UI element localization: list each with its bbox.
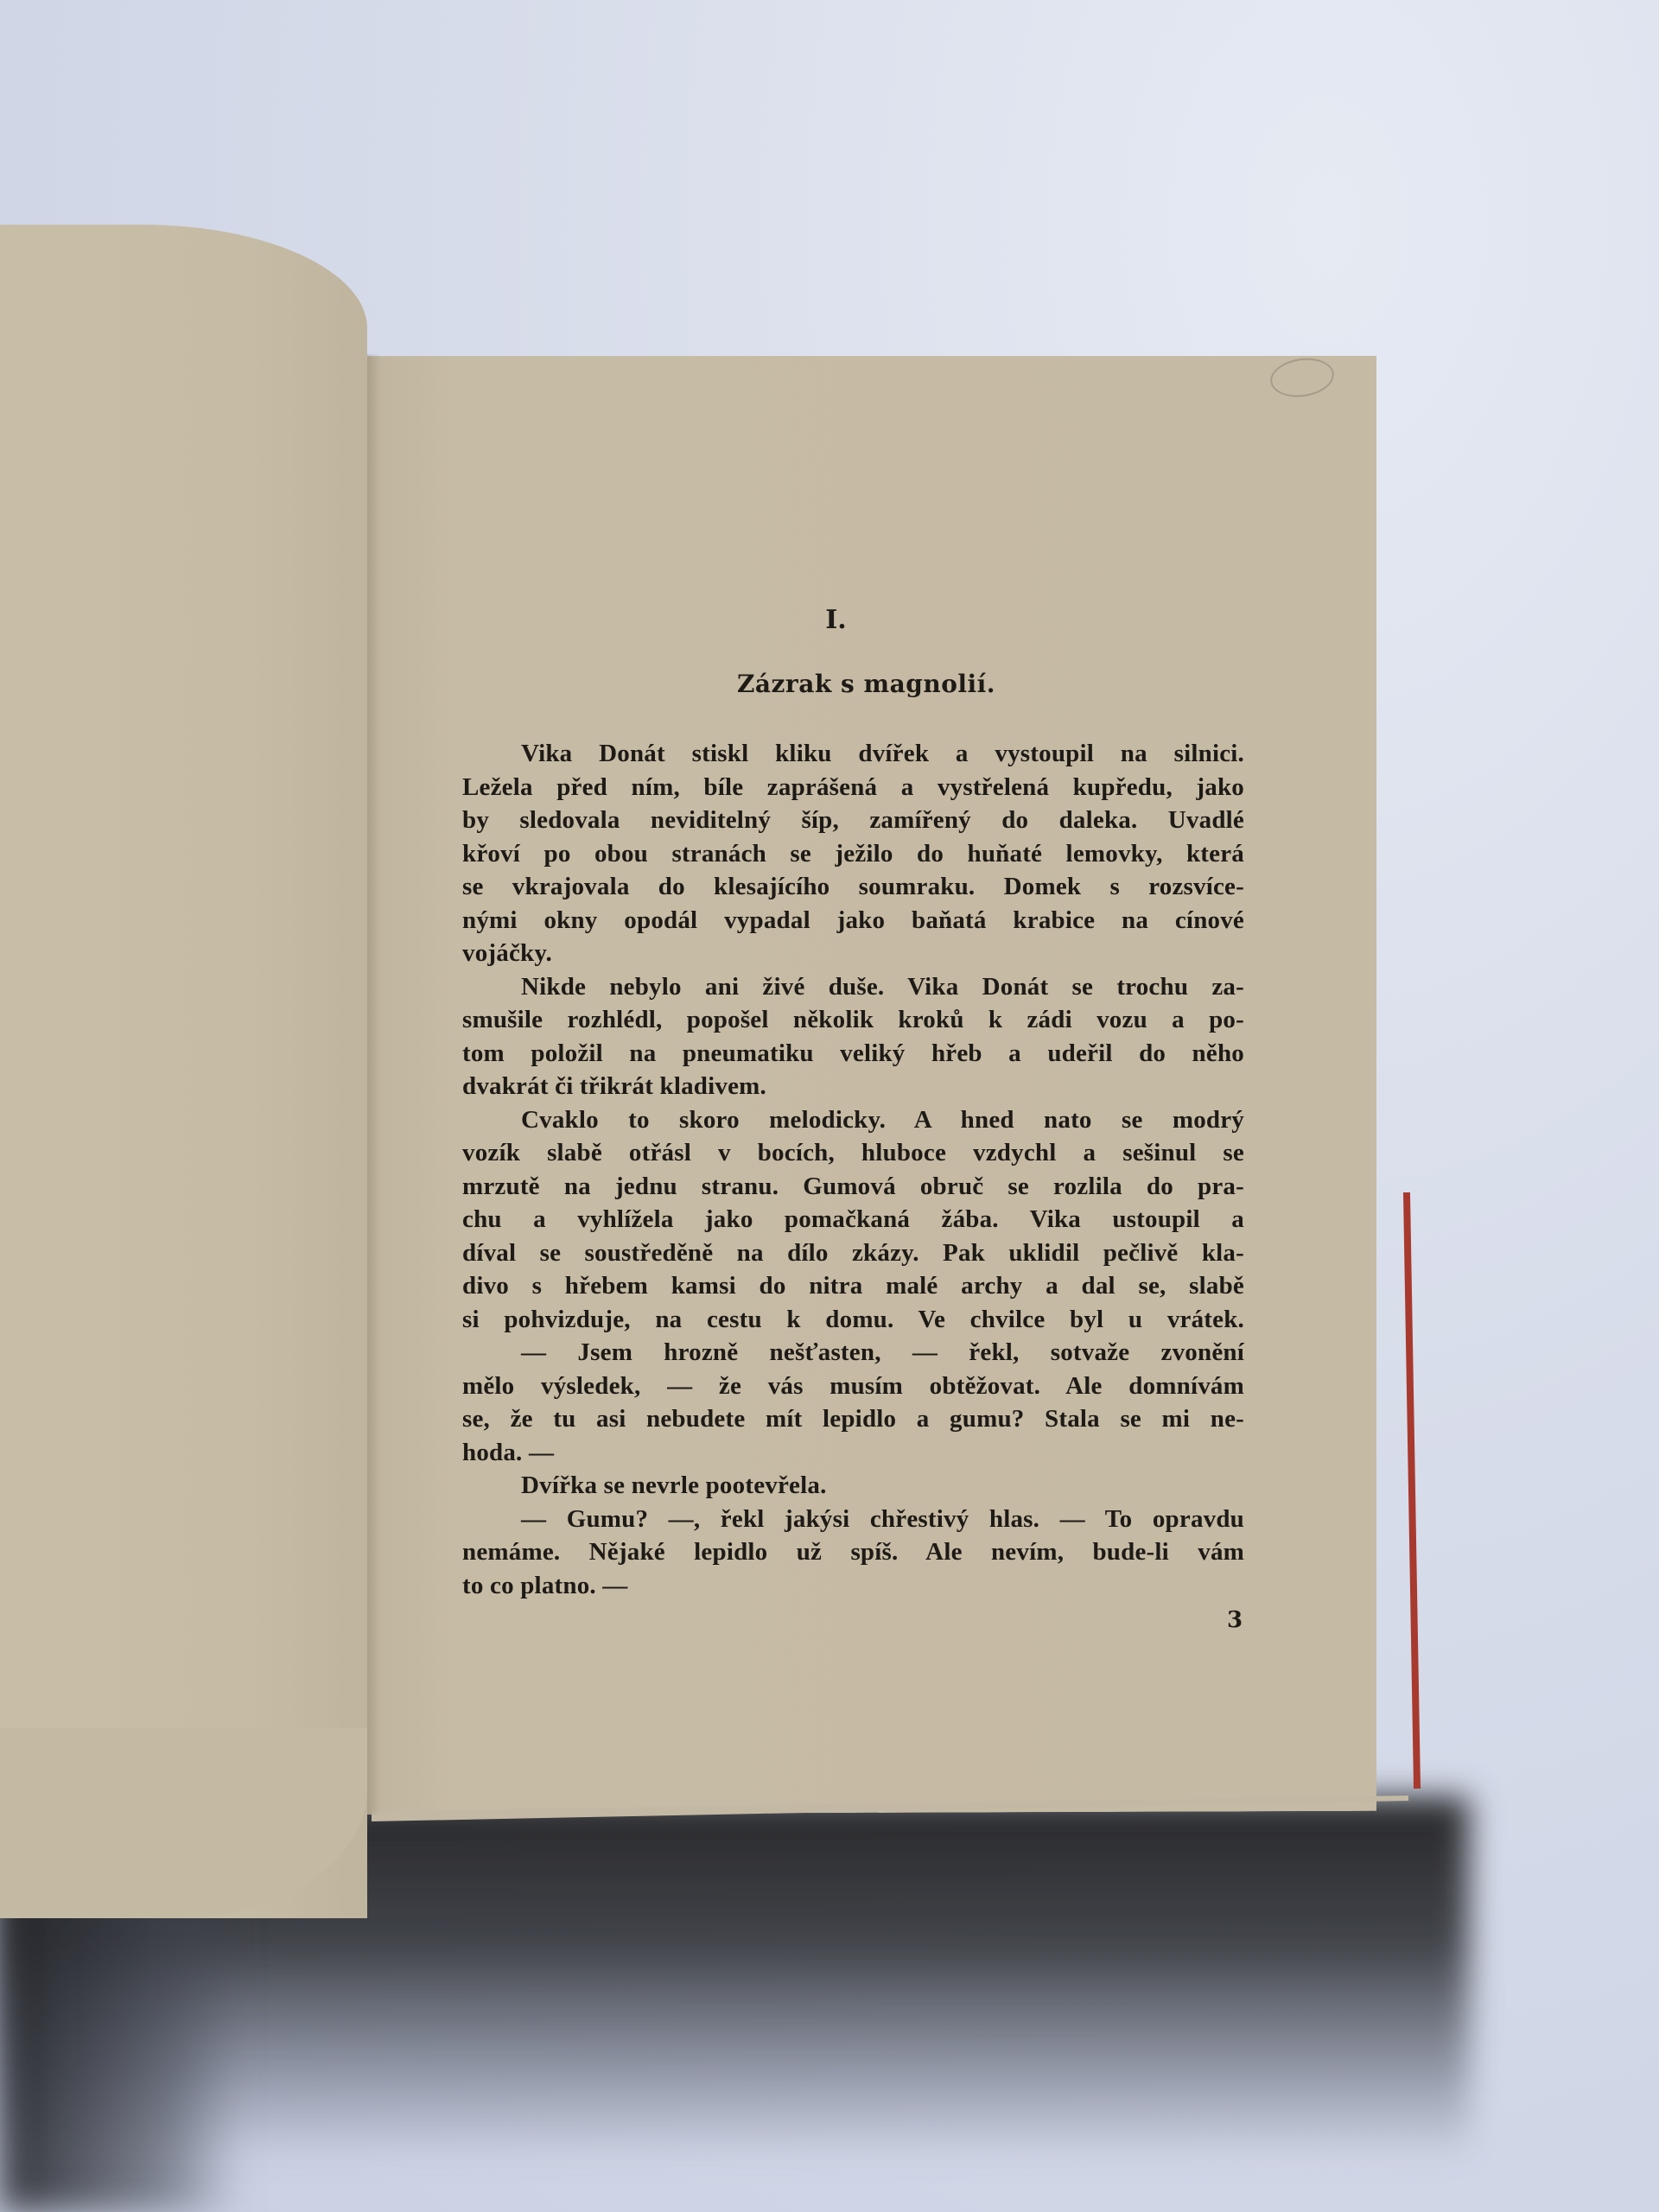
text-line: by sledovala neviditelný šíp, zamířený d… (462, 804, 1244, 837)
text-line: se, že tu asi nebudete mít lepidlo a gum… (462, 1402, 1244, 1436)
chapter-number: I. (428, 605, 1244, 639)
chapter-title: Zázrak s magnolií. (488, 670, 1244, 698)
text-line: křoví po obou stranách se ježilo do huňa… (462, 837, 1244, 871)
page-number: 3 (1227, 1607, 1243, 1633)
text-line: vojáčky. (462, 937, 1244, 970)
text-line: nemáme. Nějaké lepidlo už spíš. Ale neví… (462, 1535, 1244, 1569)
text-line: — Jsem hrozně nešťasten, — řekl, sotvaže… (462, 1336, 1244, 1370)
text-line: to co platno. — (462, 1569, 1244, 1603)
body-text: Vika Donát stiskl kliku dvířek a vystoup… (462, 737, 1244, 1602)
text-line: — Gumu? —, řekl jakýsi chřestivý hlas. —… (462, 1503, 1244, 1536)
text-line: mrzutě na jednu stranu. Gumová obruč se … (462, 1170, 1244, 1204)
text-line: mělo výsledek, — že vás musím obtěžovat.… (462, 1370, 1244, 1403)
text-line: Vika Donát stiskl kliku dvířek a vystoup… (462, 737, 1244, 771)
text-line: divo s hřebem kamsi do nitra malé archy … (462, 1269, 1244, 1303)
text-line: chu a vyhlížela jako pomačkaná žába. Vik… (462, 1203, 1244, 1236)
text-line: nými okny opodál vypadal jako baňatá kra… (462, 904, 1244, 938)
text-line: dvakrát či třikrát kladivem. (462, 1070, 1244, 1103)
text-line: hoda. — (462, 1436, 1244, 1470)
text-line: Ležela před ním, bíle zaprášená a vystře… (462, 771, 1244, 804)
text-line: se vkrajovala do klesajícího soumraku. D… (462, 870, 1244, 904)
text-line: Cvaklo to skoro melodicky. A hned nato s… (462, 1103, 1244, 1137)
text-line: Nikde nebylo ani živé duše. Vika Donát s… (462, 970, 1244, 1004)
page-text-block: I. Zázrak s magnolií. Vika Donát stiskl … (462, 605, 1244, 1602)
text-line: Dvířka se nevrle pootevřela. (462, 1469, 1244, 1503)
text-line: vozík slabě otřásl v bocích, hluboce vzd… (462, 1136, 1244, 1170)
left-page (0, 225, 367, 1918)
text-line: díval se soustředěně na dílo zkázy. Pak … (462, 1236, 1244, 1270)
text-line: smušile rozhlédl, popošel několik kroků … (462, 1003, 1244, 1037)
text-line: si pohvizduje, na cestu k domu. Ve chvil… (462, 1303, 1244, 1337)
text-line: tom položil na pneumatiku veliký hřeb a … (462, 1037, 1244, 1071)
